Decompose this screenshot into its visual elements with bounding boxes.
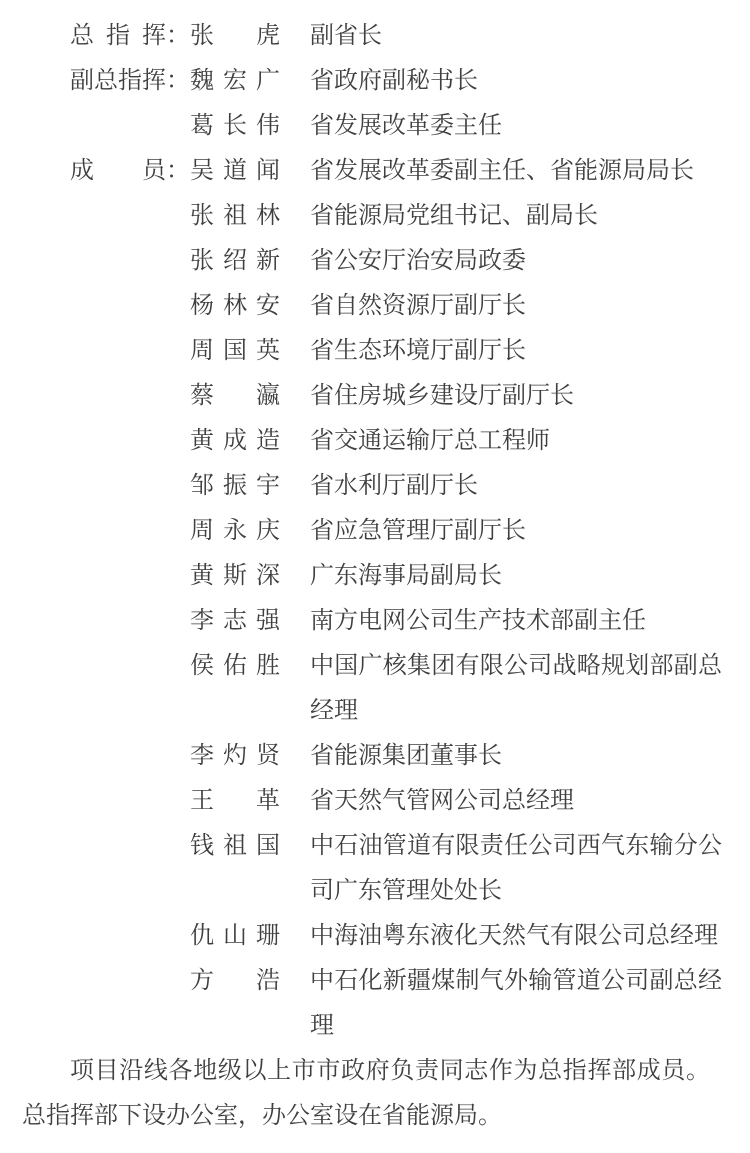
role-label-cell (70, 644, 190, 689)
roster-row: 周永庆 省应急管理厅副厅长 (70, 509, 750, 554)
role-label: 副总指挥 (70, 59, 166, 104)
member-title: 省天然气管网公司总经理 (310, 779, 722, 824)
member-name-cell: 周永庆 (190, 509, 310, 554)
roster-row: 方浩 中石化新疆煤制气外输管道公司副总经理 (70, 959, 750, 1049)
member-title: 省发展改革委主任 (310, 104, 722, 149)
member-title: 省水利厅副厅长 (310, 464, 722, 509)
member-name: 魏宏广 (190, 59, 280, 104)
member-name: 张绍新 (190, 239, 280, 284)
member-name-cell: 黄斯深 (190, 554, 310, 599)
role-label-cell (70, 554, 190, 599)
member-name-cell: 葛长伟 (190, 104, 310, 149)
role-label-cell (70, 374, 190, 419)
member-title: 省能源局党组书记、副局长 (310, 194, 722, 239)
role-label-cell (70, 599, 190, 644)
roster-row: 侯佑胜 中国广核集团有限公司战略规划部副总经理 (70, 644, 750, 734)
member-title: 省公安厅治安局政委 (310, 239, 722, 284)
member-name-cell: 周国英 (190, 329, 310, 374)
roster-row: 仇山珊 中海油粤东液化天然气有限公司总经理 (70, 914, 750, 959)
member-name: 李志强 (190, 599, 280, 644)
roster-row: 李灼贤 省能源集团董事长 (70, 734, 750, 779)
member-title: 省交通运输厅总工程师 (310, 419, 722, 464)
member-name: 黄斯深 (190, 554, 280, 599)
member-name-cell: 张绍新 (190, 239, 310, 284)
roster-row: 邹振宇 省水利厅副厅长 (70, 464, 750, 509)
member-title: 广东海事局副局长 (310, 554, 722, 599)
member-name: 周国英 (190, 329, 280, 374)
member-name: 钱祖国 (190, 824, 280, 869)
member-name: 张祖林 (190, 194, 280, 239)
member-title: 中石油管道有限责任公司西气东输分公司广东管理处处长 (310, 824, 722, 914)
role-label: 总指挥 (70, 14, 166, 59)
member-name-cell: 仇山珊 (190, 914, 310, 959)
roster-row: 杨林安 省自然资源厅副厅长 (70, 284, 750, 329)
member-title: 副省长 (310, 14, 722, 59)
member-name: 仇山珊 (190, 914, 280, 959)
role-label-cell (70, 194, 190, 239)
member-name-cell: 蔡瀛 (190, 374, 310, 419)
role-colon: ： (166, 14, 190, 59)
member-name-cell: 魏宏广 (190, 59, 310, 104)
roster-row: 蔡瀛 省住房城乡建设厅副厅长 (70, 374, 750, 419)
command-roster: 总指挥： 张虎 副省长 副总指挥： 魏宏广 省政府副秘书长 葛长伟 省发展改革委… (0, 14, 750, 1049)
role-label-cell (70, 959, 190, 1004)
member-title: 省能源集团董事长 (310, 734, 722, 779)
role-label-cell (70, 509, 190, 554)
roster-row: 副总指挥： 魏宏广 省政府副秘书长 (70, 59, 750, 104)
member-title: 中国广核集团有限公司战略规划部副总经理 (310, 644, 722, 734)
member-title: 省生态环境厅副厅长 (310, 329, 722, 374)
member-name: 邹振宇 (190, 464, 280, 509)
member-name-cell: 方浩 (190, 959, 310, 1004)
role-label: 成员 (70, 149, 166, 194)
member-name-cell: 李志强 (190, 599, 310, 644)
role-label-cell (70, 914, 190, 959)
role-label-cell (70, 419, 190, 464)
member-title: 中海油粤东液化天然气有限公司总经理 (310, 914, 722, 959)
closing-paragraph: 项目沿线各地级以上市市政府负责同志作为总指挥部成员。总指挥部下设办公室，办公室设… (22, 1049, 710, 1139)
member-name-cell: 张虎 (190, 14, 310, 59)
member-name: 杨林安 (190, 284, 280, 329)
member-name-cell: 钱祖国 (190, 824, 310, 869)
roster-row: 黄斯深 广东海事局副局长 (70, 554, 750, 599)
roster-row: 钱祖国 中石油管道有限责任公司西气东输分公司广东管理处处长 (70, 824, 750, 914)
member-title: 南方电网公司生产技术部副主任 (310, 599, 722, 644)
role-label-cell (70, 464, 190, 509)
roster-row: 葛长伟 省发展改革委主任 (70, 104, 750, 149)
member-name: 吴道闻 (190, 149, 280, 194)
member-name-cell: 王革 (190, 779, 310, 824)
member-name: 侯佑胜 (190, 644, 280, 689)
member-name-cell: 李灼贤 (190, 734, 310, 779)
role-label-cell (70, 734, 190, 779)
role-label-cell: 成员： (70, 149, 190, 194)
member-title: 省住房城乡建设厅副厅长 (310, 374, 722, 419)
member-name: 李灼贤 (190, 734, 280, 779)
roster-row: 黄成造 省交通运输厅总工程师 (70, 419, 750, 464)
member-title: 中石化新疆煤制气外输管道公司副总经理 (310, 959, 722, 1049)
roster-row: 成员： 吴道闻 省发展改革委副主任、省能源局局长 (70, 149, 750, 194)
member-name-cell: 张祖林 (190, 194, 310, 239)
member-name: 蔡瀛 (190, 374, 280, 419)
role-label-cell (70, 284, 190, 329)
member-title: 省政府副秘书长 (310, 59, 722, 104)
member-title: 省自然资源厅副厅长 (310, 284, 722, 329)
member-title: 省发展改革委副主任、省能源局局长 (310, 149, 722, 194)
role-label-cell: 总指挥： (70, 14, 190, 59)
roster-row: 张祖林 省能源局党组书记、副局长 (70, 194, 750, 239)
role-colon: ： (166, 59, 190, 104)
member-title: 省应急管理厅副厅长 (310, 509, 722, 554)
roster-row: 总指挥： 张虎 副省长 (70, 14, 750, 59)
member-name-cell: 黄成造 (190, 419, 310, 464)
role-label-cell (70, 824, 190, 869)
member-name-cell: 杨林安 (190, 284, 310, 329)
member-name: 张虎 (190, 14, 280, 59)
role-label-cell: 副总指挥： (70, 59, 190, 104)
member-name: 王革 (190, 779, 280, 824)
roster-row: 周国英 省生态环境厅副厅长 (70, 329, 750, 374)
role-label-cell (70, 779, 190, 824)
member-name: 葛长伟 (190, 104, 280, 149)
member-name: 周永庆 (190, 509, 280, 554)
roster-row: 李志强 南方电网公司生产技术部副主任 (70, 599, 750, 644)
member-name-cell: 侯佑胜 (190, 644, 310, 689)
role-colon: ： (166, 149, 190, 194)
roster-row: 张绍新 省公安厅治安局政委 (70, 239, 750, 284)
roster-row: 王革 省天然气管网公司总经理 (70, 779, 750, 824)
document-page: 总指挥： 张虎 副省长 副总指挥： 魏宏广 省政府副秘书长 葛长伟 省发展改革委… (0, 0, 750, 1153)
member-name-cell: 吴道闻 (190, 149, 310, 194)
member-name: 黄成造 (190, 419, 280, 464)
role-label-cell (70, 239, 190, 284)
role-label-cell (70, 104, 190, 149)
role-label-cell (70, 329, 190, 374)
member-name-cell: 邹振宇 (190, 464, 310, 509)
member-name: 方浩 (190, 959, 280, 1004)
